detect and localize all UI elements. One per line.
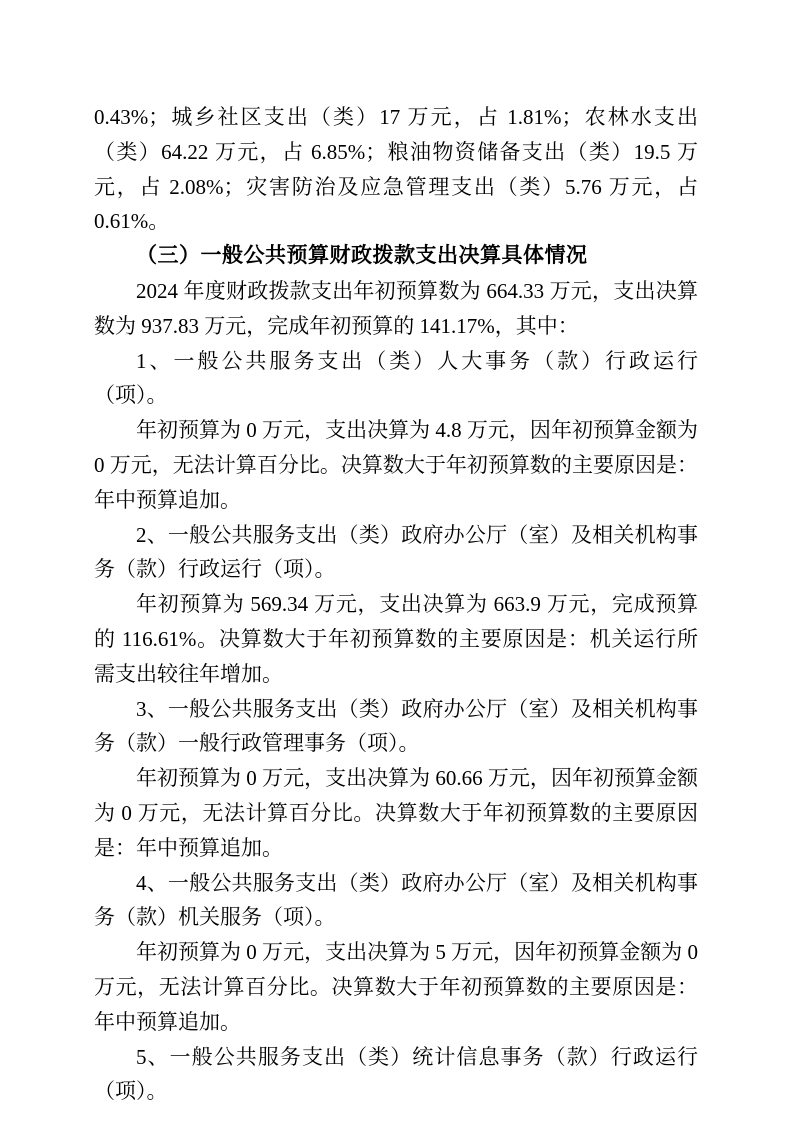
paragraph-budget-summary: 2024 年度财政拨款支出年初预算数为 664.33 万元，支出决算数为 937…: [94, 274, 698, 344]
item-3-title: 3、一般公共服务支出（类）政府办公厅（室）及相关机构事务（款）一般行政管理事务（…: [94, 692, 698, 762]
document-page: 0.43%；城乡社区支出（类）17 万元，占 1.81%；农林水支出（类）64.…: [0, 0, 793, 1122]
item-1-title: 1、一般公共服务支出（类）人大事务（款）行政运行（项）。: [94, 344, 698, 414]
item-2-detail: 年初预算为 569.34 万元，支出决算为 663.9 万元，完成预算的 116…: [94, 587, 698, 691]
item-4-detail: 年初预算为 0 万元，支出决算为 5 万元，因年初预算金额为 0 万元，无法计算…: [94, 935, 698, 1039]
item-1-detail: 年初预算为 0 万元，支出决算为 4.8 万元，因年初预算金额为 0 万元，无法…: [94, 413, 698, 517]
section-heading-3: （三）一般公共预算财政拨款支出决算具体情况: [94, 239, 698, 274]
item-4-title: 4、一般公共服务支出（类）政府办公厅（室）及相关机构事务（款）机关服务（项）。: [94, 866, 698, 936]
document-body: 0.43%；城乡社区支出（类）17 万元，占 1.81%；农林水支出（类）64.…: [94, 100, 698, 1109]
paragraph-expenditure-breakdown-continued: 0.43%；城乡社区支出（类）17 万元，占 1.81%；农林水支出（类）64.…: [94, 100, 698, 239]
item-3-detail: 年初预算为 0 万元，支出决算为 60.66 万元，因年初预算金额为 0 万元，…: [94, 761, 698, 865]
item-2-title: 2、一般公共服务支出（类）政府办公厅（室）及相关机构事务（款）行政运行（项）。: [94, 518, 698, 588]
item-5-title: 5、一般公共服务支出（类）统计信息事务（款）行政运行（项）。: [94, 1040, 698, 1110]
